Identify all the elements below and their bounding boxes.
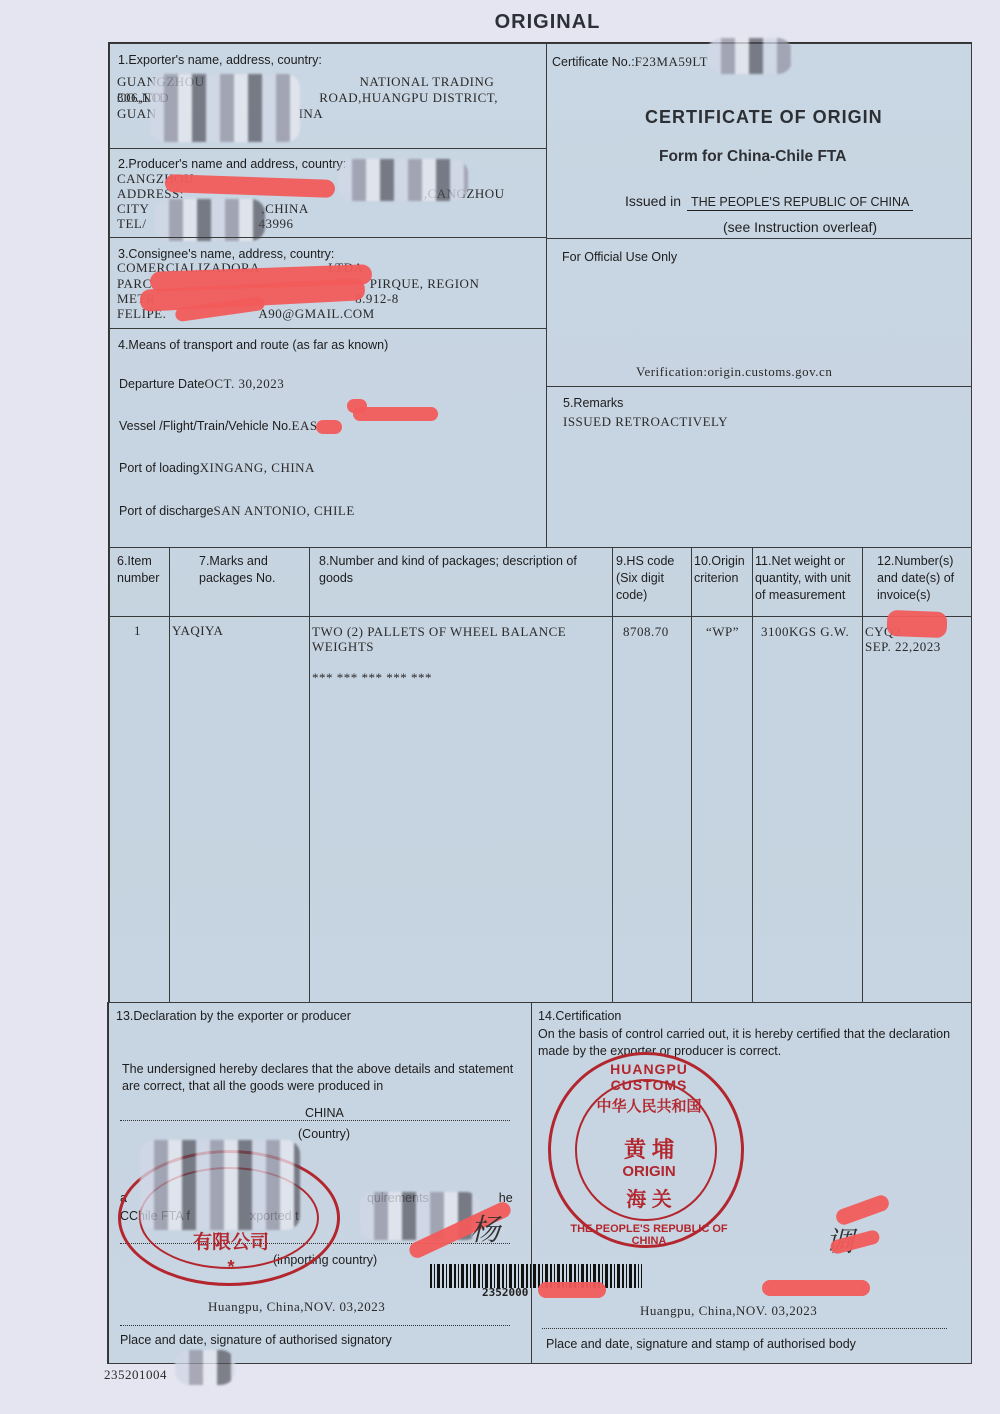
certification-caption: Place and date, signature and stamp of a… xyxy=(546,1337,856,1351)
cell-hs-code: 8708.70 xyxy=(623,624,669,640)
company-stamp-star: * xyxy=(216,1257,246,1278)
stamp-cn-top: 中华人民共和国 xyxy=(581,1095,717,1116)
stamp-bottom-text: THE PEOPLE'S REPUBLIC OF CHINA xyxy=(557,1223,741,1247)
stamp-origin: ORIGIN xyxy=(599,1163,699,1180)
col-header-marks: 7.Marks and packages No. xyxy=(199,553,299,587)
cell-invoice-date: SEP. 22,2023 xyxy=(865,639,941,655)
cell-item: 1 xyxy=(134,623,141,639)
declaration-place-date: Huangpu, China,NOV. 03,2023 xyxy=(208,1299,385,1315)
barcode-number: 2352000 xyxy=(482,1286,528,1299)
signature: 杨 xyxy=(470,1205,500,1249)
company-stamp-text: 有限公司 xyxy=(181,1227,281,1254)
col-header-weight: 11.Net weight or quantity, with unit of … xyxy=(755,553,861,604)
certificate-number: Certificate No.:F23MA59LT xyxy=(552,53,708,71)
country-caption: (Country) xyxy=(298,1127,350,1141)
certificate-title: CERTIFICATE OF ORIGIN xyxy=(645,107,883,128)
exporter-label: 1.Exporter's name, address, country: xyxy=(118,53,322,67)
red-redaction xyxy=(887,610,948,638)
remarks-label: 5.Remarks xyxy=(563,396,623,410)
stamp-cn-bottom: 海 关 xyxy=(599,1183,699,1212)
red-redaction xyxy=(538,1282,606,1298)
pixelated-redaction xyxy=(707,38,792,74)
col-header-criterion: 10.Origin criterion xyxy=(694,553,752,587)
box-producer: 2.Producer's name and address, country: … xyxy=(109,148,547,238)
port-discharge-field: Port of dischargeSAN ANTONIO, CHILE xyxy=(119,502,355,520)
departure-date-field: Departure DateOCT. 30,2023 xyxy=(119,375,284,393)
col-header-description: 8.Number and kind of packages; descripti… xyxy=(319,553,609,587)
cell-criterion: “WP” xyxy=(706,624,739,640)
transport-label: 4.Means of transport and route (as far a… xyxy=(118,338,388,352)
pixelated-redaction xyxy=(175,1350,235,1385)
cell-description: TWO (2) PALLETS OF WHEEL BALANCE WEIGHTS xyxy=(312,624,582,654)
producer-label: 2.Producer's name and address, country: xyxy=(118,157,346,171)
certification-label: 14.Certification xyxy=(538,1009,621,1023)
official-use-label: For Official Use Only xyxy=(562,250,677,264)
cell-marks: YAQIYA xyxy=(172,623,223,639)
pixelated-redaction xyxy=(155,199,265,241)
red-redaction xyxy=(762,1280,870,1296)
footer-serial: 235201004 xyxy=(104,1367,167,1383)
pixelated-redaction xyxy=(338,159,468,201)
certificate-subtitle: Form for China-Chile FTA xyxy=(659,148,846,166)
box-consignee: 3.Consignee's name, address, country: CO… xyxy=(109,237,547,329)
instruction-note: (see Instruction overleaf) xyxy=(723,219,877,235)
box-certificate-header: Certificate No.:F23MA59LT CERTIFICATE OF… xyxy=(546,43,972,239)
stamp-top-text: HUANGPU CUSTOMS xyxy=(581,1061,717,1093)
barcode[interactable] xyxy=(430,1264,642,1288)
col-header-item: 6.Item number xyxy=(117,553,167,587)
consignee-label: 3.Consignee's name, address, country: xyxy=(118,247,334,261)
customs-stamp: HUANGPU CUSTOMS 中华人民共和国 黄 埔 ORIGIN 海 关 T… xyxy=(548,1052,744,1248)
declaration-caption: Place and date, signature of authorised … xyxy=(120,1333,392,1347)
stamp-cn-mid: 黄 埔 xyxy=(599,1133,699,1164)
issued-in: Issued in THE PEOPLE'S REPUBLIC OF CHINA xyxy=(625,193,913,209)
vessel-field: Vessel /Flight/Train/Vehicle No.EAS xyxy=(119,417,318,435)
remarks-value: ISSUED RETROACTIVELY xyxy=(563,414,728,430)
certification-place-date: Huangpu, China,NOV. 03,2023 xyxy=(640,1303,817,1319)
box-transport: 4.Means of transport and route (as far a… xyxy=(109,328,547,548)
cell-stars: *** *** *** *** *** xyxy=(312,670,432,686)
box-remarks: 5.Remarks ISSUED RETROACTIVELY xyxy=(546,386,972,548)
box-exporter: 1.Exporter's name, address, country: GUA… xyxy=(109,43,547,149)
pixelated-redaction xyxy=(140,1140,300,1230)
cell-weight: 3100KGS G.W. xyxy=(761,624,849,640)
certification-statement: On the basis of control carried out, it … xyxy=(538,1026,968,1060)
declaration-country: CHINA xyxy=(305,1106,344,1120)
pixelated-redaction xyxy=(150,74,300,142)
declaration-label: 13.Declaration by the exporter or produc… xyxy=(116,1009,351,1023)
col-header-hs-code: 9.HS code (Six digit code) xyxy=(616,553,690,604)
verification-url: Verification:origin.customs.gov.cn xyxy=(636,364,832,380)
red-redaction xyxy=(353,407,438,421)
port-loading-field: Port of loadingXINGANG, CHINA xyxy=(119,459,315,477)
red-redaction xyxy=(316,420,342,434)
col-header-invoice: 12.Number(s) and date(s) of invoice(s) xyxy=(877,553,969,604)
document-heading: ORIGINAL xyxy=(0,11,1000,34)
box-official-use: For Official Use Only Verification:origi… xyxy=(546,238,972,387)
declaration-statement: The undersigned hereby declares that the… xyxy=(122,1061,532,1095)
